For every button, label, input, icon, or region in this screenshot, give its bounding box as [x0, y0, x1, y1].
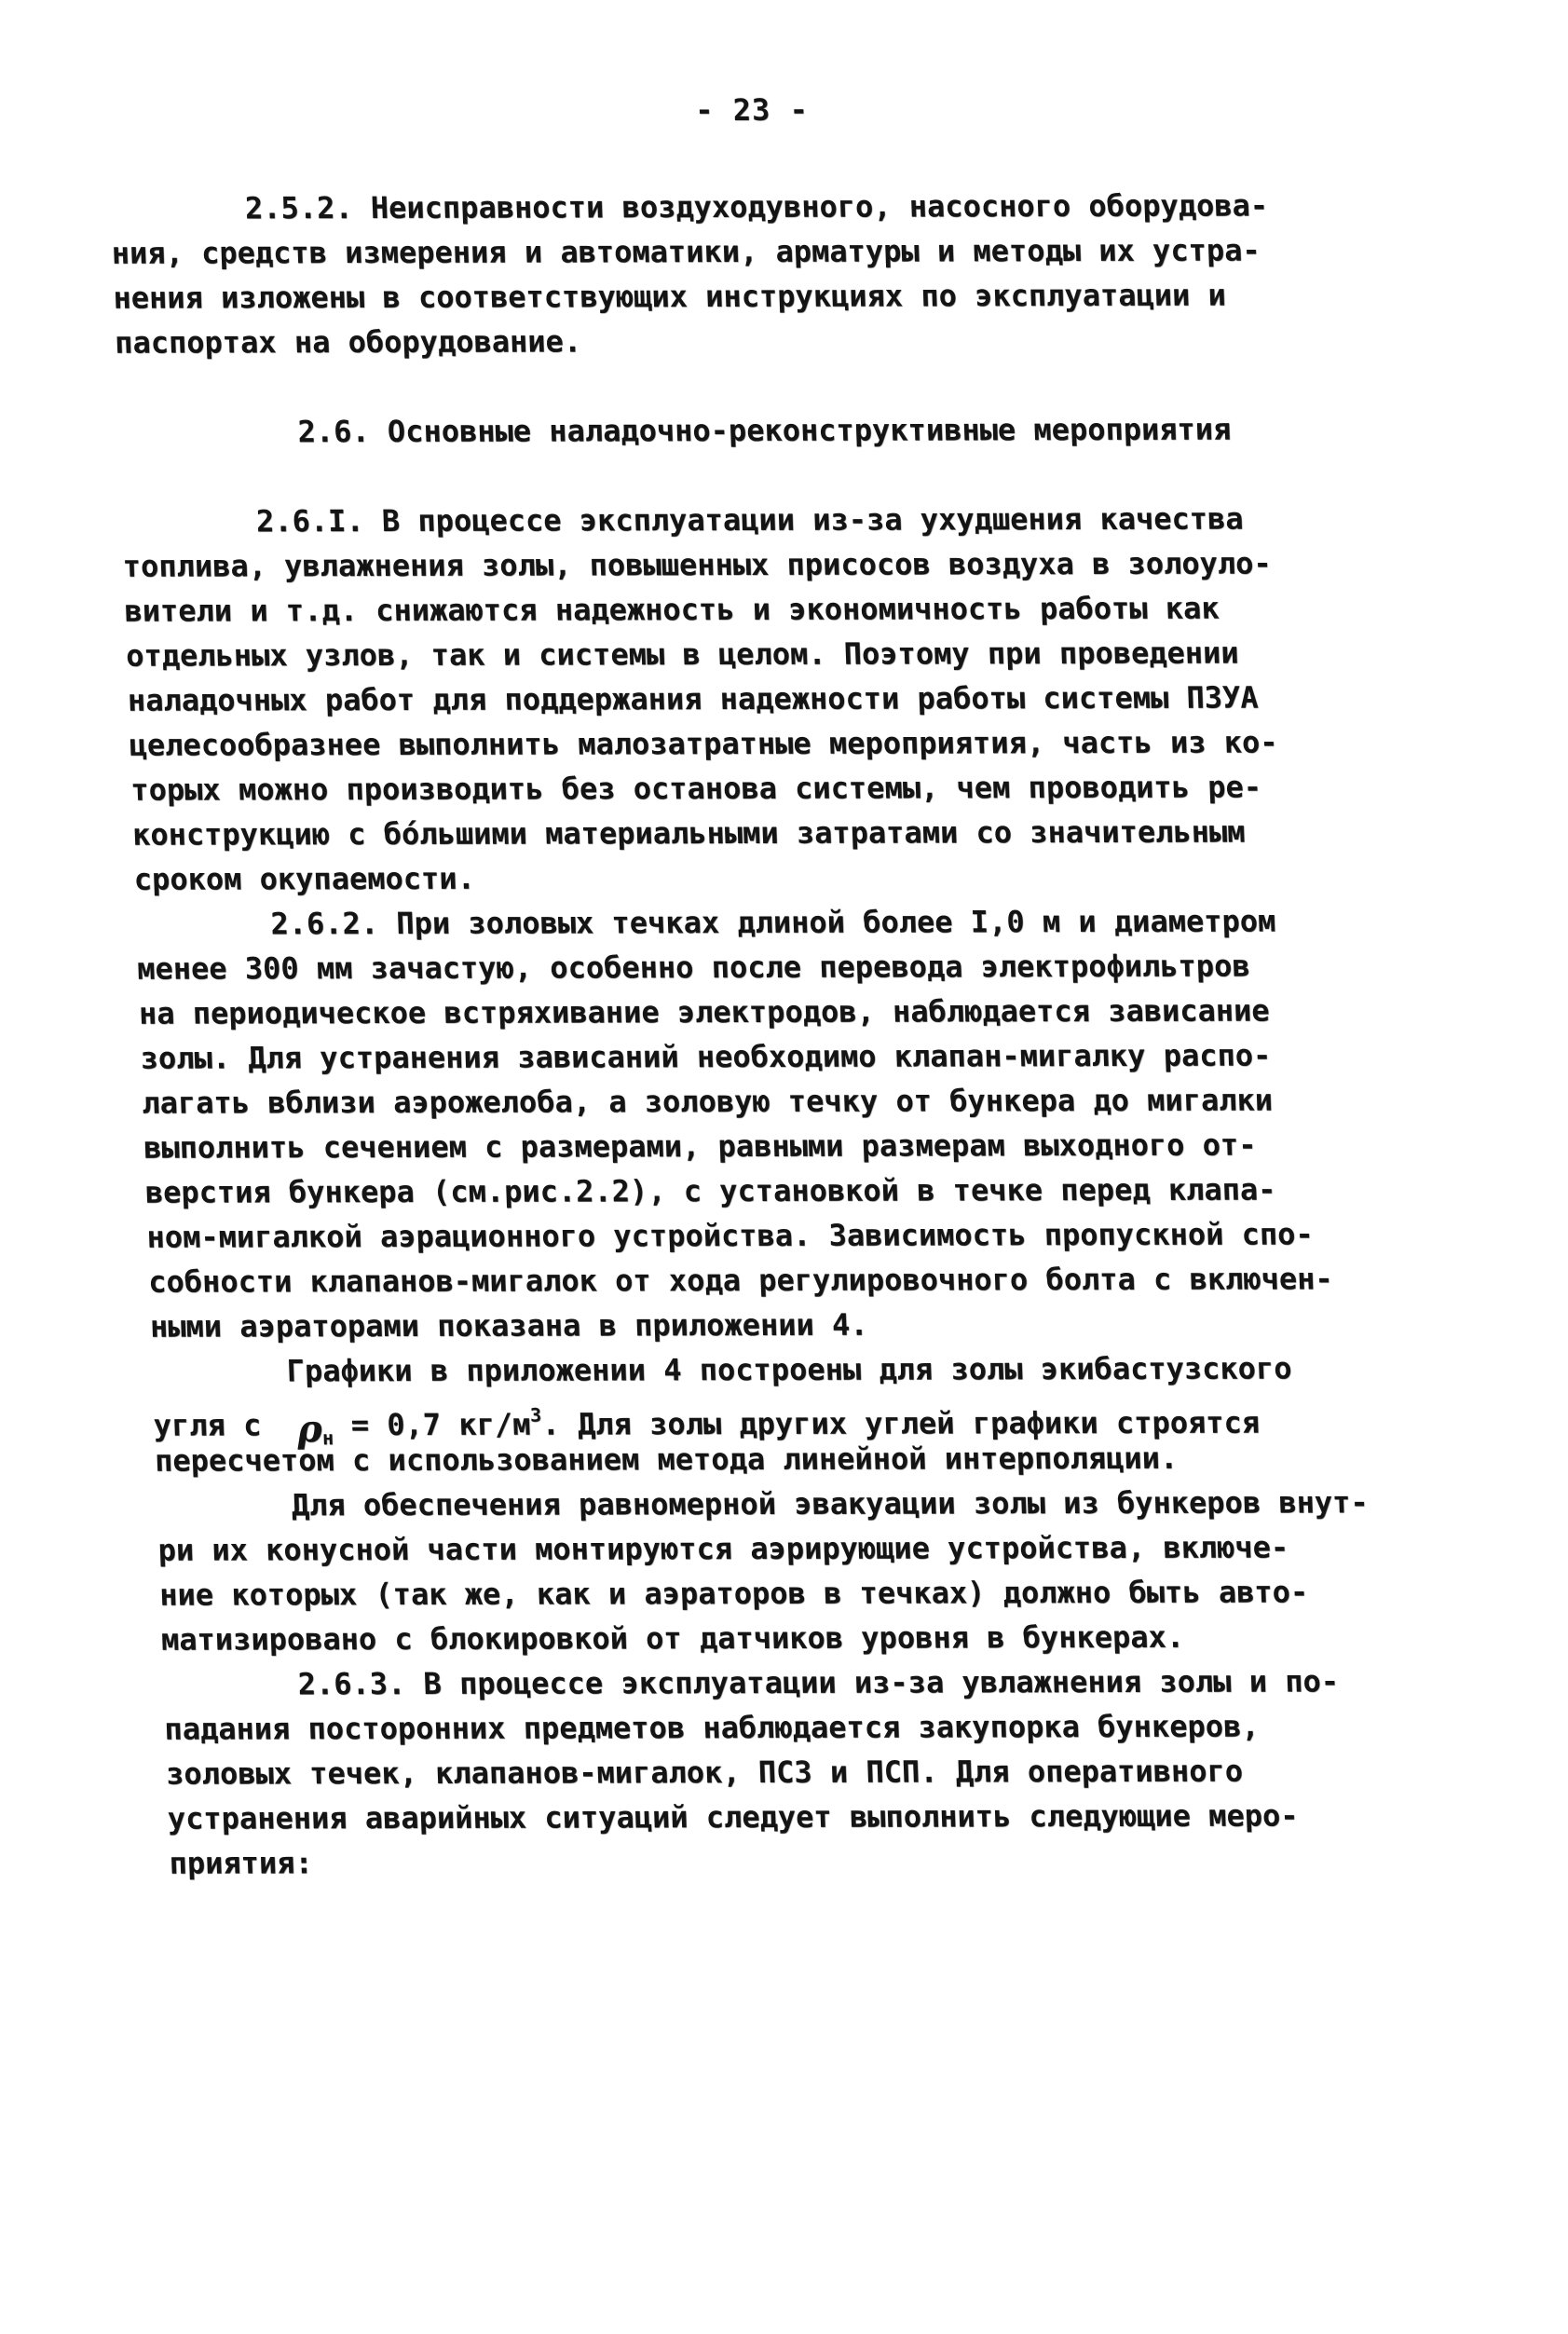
scanned-page: - 23 - 2.5.2. Неисправности воздуходувно…: [0, 0, 1568, 2334]
text-line: ние которых (так же, как и аэраторов в т…: [56, 1569, 1568, 1617]
paragraph: 2.6.I. В процессе эксплуатации из-за уху…: [18, 496, 1568, 902]
text-line: конструкцию с бо́льшими материальными за…: [29, 809, 1568, 857]
text-line: верстия бункера (см.рис.2.2), с установк…: [42, 1167, 1568, 1215]
text-line: приятия:: [66, 1837, 1568, 1886]
text-line: пересчетом с использованием метода линей…: [51, 1435, 1568, 1483]
text-line: торых можно производить без останова сис…: [27, 764, 1568, 812]
text-line: наладочных работ для поддержания надежно…: [24, 675, 1568, 723]
sup-segment: 3: [530, 1404, 542, 1426]
text-line: падания посторонних предметов наблюдаетс…: [61, 1703, 1568, 1752]
text-line: собности клапанов-мигалок от хода регули…: [45, 1256, 1568, 1304]
page-number: - 23 -: [3, 86, 1568, 134]
paragraph: Для обеспечения равномерной эвакуации зо…: [53, 1480, 1568, 1662]
text-line: матизировано с блокировкой от датчиков у…: [58, 1614, 1568, 1662]
text-line: нения изложены в соответствующих инструк…: [10, 272, 1568, 321]
text-line: 2.6.I. В процессе эксплуатации из-за уху…: [18, 496, 1568, 544]
text-line: золы. Для устранения зависаний необходим…: [37, 1032, 1568, 1081]
text-line: целесообразнее выполнить малозатратные м…: [26, 719, 1568, 768]
text-line: угля с ρн = 0,7 кг/м3. Для золы других у…: [50, 1390, 1568, 1439]
text-line: ными аэраторами показана в приложении 4.: [47, 1301, 1568, 1349]
paragraph: 2.6.3. В процессе эксплуатации из-за увл…: [60, 1658, 1568, 1886]
text-line: ри их конусной части монтируются аэрирую…: [55, 1524, 1568, 1573]
document-body: 2.5.2. Неисправности воздуходувного, нас…: [7, 183, 1568, 1886]
text-line: устранения аварийных ситуаций следует вы…: [64, 1793, 1568, 1841]
text-line: 2.5.2. Неисправности воздуходувного, нас…: [7, 183, 1568, 231]
text-line: выполнить сечением с размерами, равными …: [40, 1122, 1568, 1170]
text-line: лагать вблизи аэрожелоба, а золовую течк…: [39, 1077, 1568, 1126]
text-line: отдельных узлов, так и системы в целом. …: [22, 630, 1568, 678]
text-line: 2.6.3. В процессе эксплуатации из-за увл…: [60, 1658, 1568, 1707]
text-line: Для обеспечения равномерной эвакуации зо…: [53, 1480, 1568, 1528]
text-line: топлива, увлажнения золы, повышенных при…: [20, 540, 1568, 589]
section-heading: 2.6. Основные наладочно-реконструктивные…: [15, 406, 1568, 455]
text-line: сроком окупаемости.: [31, 853, 1568, 902]
paragraph: Графики в приложении 4 построены для зол…: [48, 1345, 1568, 1483]
text-line: 2.6. Основные наладочно-реконструктивные…: [15, 406, 1568, 455]
text-line: 2.6.2. При золовых течках длиной более I…: [33, 898, 1568, 947]
paragraph: 2.5.2. Неисправности воздуходувного, нас…: [7, 183, 1568, 365]
text-line: менее 300 мм зачастую, особенно после пе…: [34, 943, 1568, 991]
paragraph: 2.6.2. При золовых течках длиной более I…: [33, 898, 1568, 1349]
text-line: ном-мигалкой аэрационного устройства. За…: [44, 1211, 1568, 1260]
page-content: - 23 - 2.5.2. Неисправности воздуходувно…: [0, 0, 1568, 1886]
text-line: на периодическое встряхивание электродов…: [35, 988, 1568, 1036]
text-line: ния, средств измерения и автоматики, арм…: [8, 227, 1568, 276]
text-line: вители и т.д. снижаются надежность и эко…: [21, 585, 1568, 634]
rho-segment: ρ: [296, 1407, 322, 1452]
text-line: золовых течек, клапанов-мигалок, ПСЗ и П…: [62, 1748, 1568, 1796]
text-line: Графики в приложении 4 построены для зол…: [48, 1345, 1568, 1394]
text-line: паспортах на оборудование.: [11, 317, 1568, 365]
